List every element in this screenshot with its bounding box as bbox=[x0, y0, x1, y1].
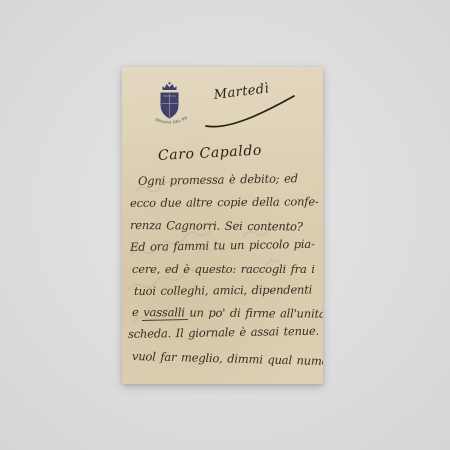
handwritten-line: vuol far meglio, dimmi qual numero bbox=[132, 349, 323, 368]
salutation-line: Caro Capaldo bbox=[158, 143, 263, 164]
photo-background: SENATO DEL REGNO Martedì Caro Capaldo Og… bbox=[0, 0, 450, 450]
handwritten-line: scheda. Il giornale è assai tenue. E se bbox=[128, 323, 323, 341]
handwritten-line: cere, ed è questo: raccogli fra i bbox=[132, 262, 315, 276]
handwritten-line: Ed ora fammi tu un piccolo pia- bbox=[130, 237, 315, 254]
handwritten-line: e vassalli un po' di firme all'unita bbox=[132, 305, 323, 321]
handwritten-line: renza Cagnorri. Sei contento? bbox=[130, 218, 303, 234]
handwritten-line: Ogni promessa è debito; ed bbox=[138, 171, 298, 188]
handwritten-date: Martedì bbox=[213, 81, 270, 103]
handwritten-line: tuoi colleghi, amici, dipendenti bbox=[134, 282, 312, 298]
handwritten-line: ecco due altre copie della confe- bbox=[130, 194, 319, 210]
letter-paper: SENATO DEL REGNO Martedì Caro Capaldo Og… bbox=[122, 67, 323, 384]
senate-crest-icon: SENATO DEL REGNO bbox=[148, 80, 192, 130]
vassalli-underline bbox=[142, 319, 188, 321]
